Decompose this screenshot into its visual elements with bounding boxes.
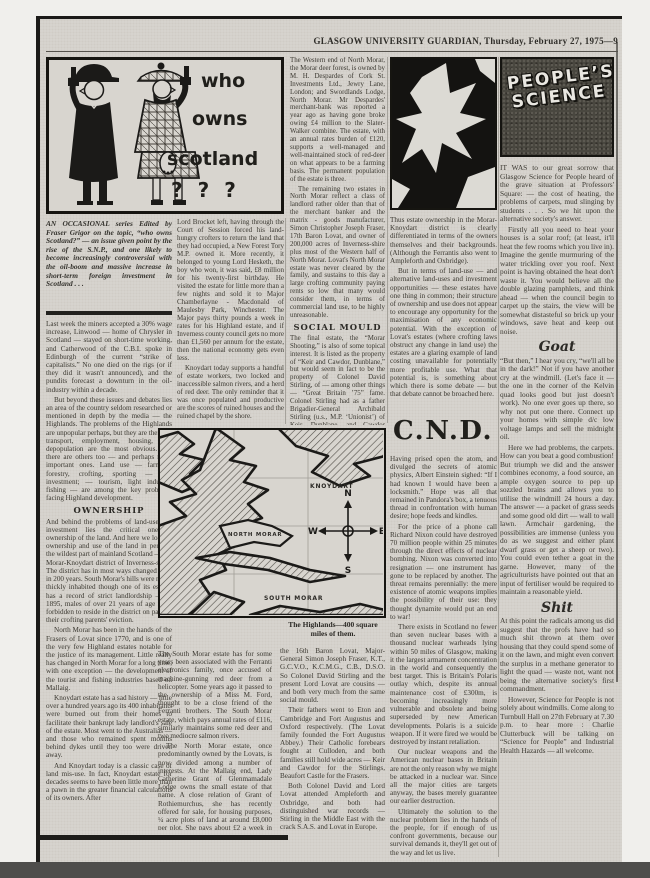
- goat-heading: Goat: [500, 343, 614, 352]
- intro-rule: [46, 311, 172, 315]
- shit-heading: Shit: [500, 604, 614, 613]
- paragraph: Lord Brocket left, having through the Co…: [177, 218, 284, 362]
- paragraph: Here we had problems, the carpets. How c…: [500, 444, 614, 597]
- right-frame-line: [616, 42, 618, 682]
- map-box: KNOYDART NORTH MORAR SOUTH MORAR N S W E: [158, 428, 386, 618]
- paragraph: There exists in Scotland no fewer than s…: [390, 623, 497, 746]
- left-frame-line: [36, 16, 40, 862]
- map-label-north-morar: NORTH MORAR: [228, 532, 282, 538]
- paragraph: The Western end of North Morar, the Mora…: [290, 57, 385, 184]
- paragraph: North Morar has been in the hands of the…: [46, 626, 172, 692]
- cartoon-box: who owns scotland ???: [46, 57, 284, 214]
- paragraph: The final estate, the “Morar Shooting,” …: [290, 335, 385, 425]
- column-4: Thus estate ownership in the Morar-Knoyd…: [390, 216, 497, 416]
- peoples-science-title: PEOPLE’S SCIENCE: [506, 63, 610, 113]
- paragraph: Thus estate ownership in the Morar-Knoyd…: [390, 216, 497, 265]
- abstract-photo: [392, 59, 495, 208]
- bottom-section-rule: [36, 835, 288, 840]
- column-divider: [285, 218, 286, 424]
- paragraph: The North Morar estate, once predominant…: [158, 742, 272, 830]
- column-1: Last week the miners accepted a 30% wage…: [46, 320, 172, 830]
- paragraph: Last week the miners accepted a 30% wage…: [46, 320, 172, 394]
- scan-bottom-edge: [0, 862, 650, 878]
- compass-n: N: [344, 489, 352, 499]
- paragraph: IT WAS to our great sorrow that Glasgow …: [500, 164, 614, 224]
- paragraph: “But then,” I hear you cry, “we'll all b…: [500, 357, 614, 442]
- paragraph: Both Colonel David and Lord Lovat attend…: [280, 782, 385, 831]
- compass-s: S: [345, 566, 351, 576]
- cnd-headline: C.N.D.: [388, 416, 498, 446]
- paragraph: Their fathers went to Eton and Cambridge…: [280, 706, 385, 780]
- paragraph: However, Science for People is not solel…: [500, 696, 614, 756]
- column-3: The Western end of North Morar, the Mora…: [290, 57, 385, 425]
- peoples-science-column: IT WAS to our great sorrow that Glasgow …: [500, 164, 614, 858]
- photo-box: [390, 57, 497, 210]
- paragraph: Knoydart estate has a sad history — litt…: [46, 694, 172, 760]
- compass-w: W: [308, 527, 318, 537]
- top-frame-line: [36, 16, 622, 19]
- paragraph: At this point the radicals among us did …: [500, 617, 614, 694]
- cartoon-title-line3: scotland: [167, 148, 258, 170]
- highlands-map: KNOYDART NORTH MORAR SOUTH MORAR N S W E: [160, 430, 383, 615]
- paragraph: The South Morar estate has for some year…: [158, 650, 272, 740]
- map-caption: The Highlands—400 square miles of them.: [281, 621, 385, 638]
- compass-e: E: [379, 527, 383, 537]
- column-divider: [498, 57, 499, 857]
- paragraph: Having prised open the atom, and divulge…: [390, 455, 497, 521]
- paragraph: the 16th Baron Lovat, Major-General Simo…: [280, 647, 385, 704]
- paragraph: But beyond these issues and debates lies…: [46, 396, 172, 503]
- masthead-rule: [46, 51, 618, 52]
- paragraph: And behind the problems of land-use and …: [46, 518, 172, 625]
- peoples-science-title-box: PEOPLE’S SCIENCE: [500, 57, 614, 157]
- masthead: GLASGOW UNIVERSITY GUARDIAN, Thursday, F…: [300, 36, 618, 46]
- series-intro: AN OCCASIONAL series Edited by Fraser Gr…: [46, 220, 172, 289]
- below-map-right-column: the 16th Baron Lovat, Major-General Simo…: [280, 647, 385, 859]
- cnd-column: Having prised open the atom, and divulge…: [390, 455, 497, 860]
- ownership-heading: OWNERSHIP: [46, 506, 172, 514]
- paragraph: And Knoydart today is a classic case of …: [46, 762, 172, 803]
- cartoon-title-line2: owns: [192, 108, 247, 130]
- cartoon-title-line1: who: [201, 70, 245, 92]
- map-label-south-morar: SOUTH MORAR: [264, 595, 323, 602]
- newspaper-page: GLASGOW UNIVERSITY GUARDIAN, Thursday, F…: [0, 0, 650, 878]
- paragraph: Ultimately the solution to the nuclear p…: [390, 808, 497, 857]
- column-divider: [387, 57, 388, 423]
- column-2: Lord Brocket left, having through the Co…: [177, 218, 284, 426]
- paragraph: The remaining two estates in North Morar…: [290, 186, 385, 320]
- paragraph: Firstly all you need to heat your houses…: [500, 226, 614, 337]
- paragraph: Knoydart today supports a handful of est…: [177, 364, 284, 420]
- gent-figure: [68, 64, 119, 205]
- social-mould-heading: SOCIAL MOULD: [290, 324, 385, 332]
- paragraph: Our nuclear weapons and the American nuc…: [390, 748, 497, 805]
- cartoon-question-marks: ???: [171, 178, 251, 202]
- paragraph: For the price of a phone call Richard Ni…: [390, 523, 497, 621]
- below-map-left-column: The South Morar estate has for some year…: [158, 650, 272, 830]
- paragraph: But in terms of land-use — and alternati…: [390, 267, 497, 398]
